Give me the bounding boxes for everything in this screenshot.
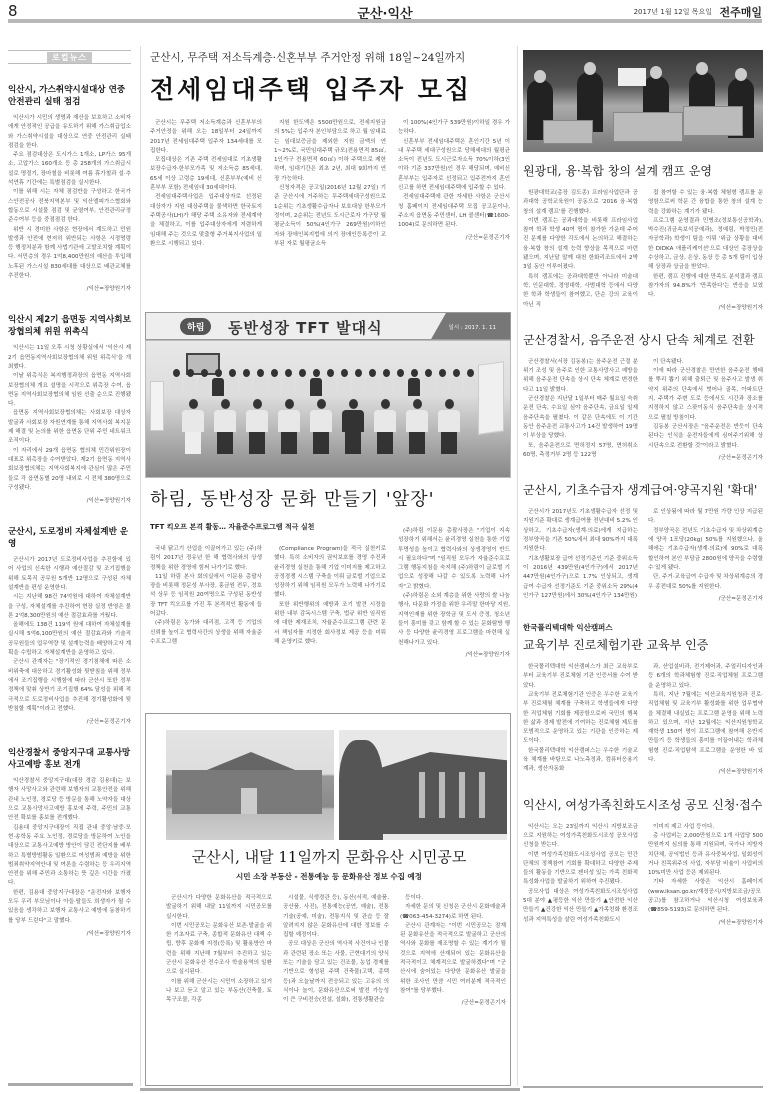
paragraph: 정부양곡은 전년도 기초수급자 및 차상위계층에 양곡 1포당(20kg) 50… xyxy=(648,527,763,573)
torso xyxy=(268,378,280,396)
article-body: 한국폴리텍대학 익산캠퍼스가 최근 교육부로부터 교육기부 진로체험 기관 인증… xyxy=(523,663,763,778)
byline: /익산=장양원기자 xyxy=(398,651,510,660)
person-figure xyxy=(324,369,336,396)
paragraph: 김용대 중앙지구대장이 직접 관내 중앙·남중·모현·송학동 주요 노인정, 경… xyxy=(8,824,131,889)
legs xyxy=(313,432,329,454)
wonkwang-camp-photo xyxy=(523,50,763,152)
head xyxy=(397,369,404,377)
byline: /익산=장양원기자 xyxy=(8,929,131,937)
lead-body: 군산시는 무주택 저소득계층과 신혼부부의 주거안정을 위해 오는 18일부터 … xyxy=(150,119,510,249)
torso xyxy=(254,378,266,396)
paragraph: 김동봉 군산서장은 "음주운전은 반듯이 단속된다는 인식을 운전자들에게 심어… xyxy=(648,423,763,451)
text-column: 시설물, 식생경관 등), 동산(서적, 예술품, 공산품, 사진), 전통예능… xyxy=(283,894,389,1009)
paragraph: 등이다. xyxy=(400,894,506,903)
byline: /익산=장양원기자 xyxy=(648,919,763,928)
issue-date: 2017년 1월 12일 목요일 xyxy=(634,7,712,17)
heritage-subhead: 시민 소장 부동산 - 전통예능 등 문화유산 정보 수집 예정 xyxy=(146,871,512,882)
paragraph: 이 100%(4인가구 539만원)이하일 경우 가능하다. xyxy=(398,119,510,138)
byline: /익산=장양원기자 xyxy=(648,304,763,313)
article-headline: 군산시, 기초수급자 생계급여·양곡지원 '확대' xyxy=(523,481,763,498)
column-divider xyxy=(517,46,518,1086)
right-article: 원광대, 융·복합 창의 설계 캠프 운영원광대학교(총장 김도종) 프라임사업… xyxy=(523,162,763,313)
paragraph: 기타 자세한 사항은 익산시 홈페이지(www.iksan.go.kr/재정공시… xyxy=(648,878,763,915)
byline: /군산=문정곤기자 xyxy=(8,717,131,725)
person-figure xyxy=(436,369,448,396)
paragraph: (주)하림 이문용 총괄사장은 "기업이 지속 성장하기 위해서는 윤리경영 실… xyxy=(398,527,510,592)
article-headline: 원광대, 융·복합 창의 설계 캠프 운영 xyxy=(523,162,763,179)
paragraph: 총 사업비는 2,000만원으로 1개 사업당 500만원까지 심의를 통해 지… xyxy=(648,832,763,878)
paragraph: 기초생활보장 급여 선정기준인 기준 중위소득이 2016년 439만원(4인가… xyxy=(523,555,638,601)
head xyxy=(285,369,292,377)
paragraph: (주)하림은 소외 계층을 위한 사랑의 쌀 나눔 행사, 다문화 가정을 위한… xyxy=(398,592,510,648)
torso xyxy=(282,378,294,396)
head xyxy=(201,369,208,377)
paragraph: 이를 위해 시는 자체 점검반을 구성하고 한국가스안전공사 전북지역본부 및 … xyxy=(8,188,131,225)
article-headline: 익산경찰서 중앙지구대 교통사망사고예방 홍보 전개 xyxy=(8,747,131,771)
right-article: 군산경찰서, 음주운전 상시 단속 체계로 전환군산경찰서(서장 김동봉)는 음… xyxy=(523,331,763,463)
heritage-article-box: 군산시, 내달 11일까지 문화유산 시민공모 시민 소장 부동산 - 전통예능… xyxy=(145,713,511,1086)
seated-figure xyxy=(214,399,236,454)
column-divider xyxy=(140,46,141,1086)
seated-figure xyxy=(278,399,300,454)
person-figure xyxy=(338,369,350,396)
paragraph: 공모 대상은 군산의 역사적 사건이나 인물과 관련된 장소 또는 사물, 근현… xyxy=(283,940,389,1005)
person-figure xyxy=(184,369,196,396)
torso xyxy=(246,410,268,432)
torso xyxy=(278,410,300,432)
harim-flag xyxy=(478,361,504,435)
center-bottom-rule xyxy=(140,1088,520,1091)
torso xyxy=(450,378,462,396)
article-headline: 교육기부 진로체험기관 교육부 인증 xyxy=(523,636,763,653)
harim-logo: 하림 xyxy=(180,318,211,335)
seated-figure xyxy=(406,399,428,454)
seated-figure xyxy=(310,399,332,454)
text-column: 접 참여할 수 있는 융·복합 체험형 캠프를 운영함으로써 학문 간 융합을 … xyxy=(648,189,763,313)
newspaper-logo: 전주매일 xyxy=(719,4,762,20)
torso xyxy=(464,378,476,396)
paragraph: 군산시는 무주택 저소득계층과 신혼부부의 주거안정을 위해 오는 18일부터 … xyxy=(150,119,262,156)
paragraph: 지원 한도액은 5500만원으로, 전세지원금의 5%는 입주자 본인부담으로 … xyxy=(274,119,386,184)
left-article: 익산시, 가스취약시설대상 연중 안전관리 실태 점검익산시가 시민의 생명과 … xyxy=(8,84,131,292)
paragraph: 군산시가 2017년도 기초생활수급자 선정 및 지원기준 확대로 생계급여를 … xyxy=(523,508,638,554)
head xyxy=(383,369,390,377)
paragraph: 주요 점검대상은 도시가스 1개소, LP가스 95개소, 고압가스 160개소… xyxy=(8,151,131,188)
person-figure xyxy=(380,369,392,396)
article-body: 익산시는 오는 23일까지 익산시 지방보조금으로 지원하는 여성가족친화도시조… xyxy=(523,823,763,928)
head xyxy=(349,399,358,409)
byline: /익산=장양원기자 xyxy=(8,284,131,292)
paragraph: (주)하림은 농가와 대리점, 고객 등 기업의 신뢰를 높이고 협력사간의 상… xyxy=(150,619,262,647)
legs xyxy=(281,432,297,454)
article-body: 익산시가 시민의 생명과 재산을 보호하고 소비자에게 안정적인 공급을 유도하… xyxy=(8,114,131,281)
seated-figure xyxy=(342,399,364,454)
paragraph: 이번 시민공모는 문화유산 보존·발굴을 위한 기초자료 구축, 종합적 문화유… xyxy=(166,922,272,978)
head xyxy=(445,399,454,409)
head xyxy=(221,399,230,409)
paragraph: 군산경찰서(서장 김동봉)는 음주운전 근절 분위기 조성 및 음주로 인한 교… xyxy=(523,358,638,395)
paragraph: 한국폴리텍대학 익산캠퍼스가 최근 교육부로부터 교육기부 진로체험 기관 인증… xyxy=(523,663,638,691)
paragraph: 읍면동 지역사회보장협의체는 사회보장 대상자 발굴과 사회보장 자원연계를 통… xyxy=(8,409,131,446)
paragraph: 특히 캠프에는 공과대학뿐만 아니라 미술대학, 인문대학, 경영대학, 사범대… xyxy=(523,273,638,310)
legs xyxy=(441,432,457,454)
torso xyxy=(310,378,322,396)
person-figure xyxy=(394,369,406,396)
legs xyxy=(377,432,393,454)
torso xyxy=(170,378,182,396)
byline: /군산=문정곤기자 xyxy=(648,595,763,604)
paragraph: 신청자격은 공고일(2016년 12월 27일) 기준 군산시에 거주하는 무주… xyxy=(274,184,386,249)
torso xyxy=(182,410,204,432)
text-column: 국내 닭고기 산업을 이끌어가고 있는 (주)하림이 2017년 정유년 한 해… xyxy=(150,527,262,660)
paragraph: 과, 산업설비과, 전기제어과, 주얼리디자인과 등 6개의 학과체험형 진로·… xyxy=(648,663,763,691)
head xyxy=(467,369,474,377)
torso xyxy=(214,410,236,432)
byline: /군산=문정곤기자 xyxy=(398,234,510,243)
torso xyxy=(436,378,448,396)
text-column: 한국폴리텍대학 익산캠퍼스가 최근 교육부로부터 교육기부 진로체험 기관 인증… xyxy=(523,663,638,778)
legs xyxy=(249,432,265,454)
paragraph: 전세임대주택에 관한 자세한 사항은 군산시청 홈페이지 전세임대주택 모집 공… xyxy=(398,193,510,230)
paragraph: 한편, 캠프 진행에 대한 만족도 분석결과 캠프 참가자의 94.8%가 '만… xyxy=(648,273,763,301)
text-column: 이 단속됐다.이에 따라 군산경찰은 만연한 음주운전 행태를 뿌리 뽑기 위해… xyxy=(648,358,763,463)
legs xyxy=(185,432,201,454)
person-figure xyxy=(282,369,294,396)
torso xyxy=(380,378,392,396)
text-column: 원광대학교(총장 김도종) 프라임사업단과 공과대학 공학교육원이 공동으로 '… xyxy=(523,189,638,313)
masthead-rule xyxy=(8,19,762,23)
paragraph: 익산시는 오는 23일까지 익산시 지방보조금으로 지원하는 여성가족친화도시조… xyxy=(523,823,638,851)
torso xyxy=(422,378,434,396)
legs xyxy=(345,432,361,454)
lead-kicker: 군산시, 무주택 저소득계층·신혼부부 주거안정 위해 18일~24일까지 xyxy=(150,50,510,65)
paragraph: 프로그램 운영결과 민병조(정보통신공학과), 박수진(귀금속보석공예과), 정… xyxy=(648,217,763,273)
harim-body: 국내 닭고기 산업을 이끌어가고 있는 (주)하림이 2017년 정유년 한 해… xyxy=(150,527,510,660)
paragraph: 올해에도 138건 119억 원에 대하여 자체설계를 실시해 5억6,100만… xyxy=(8,621,131,658)
person-figure xyxy=(212,369,224,396)
paragraph: (Compliance Program)을 적극 실천키로 했다. 특히 소비자… xyxy=(274,545,386,601)
lead-article: 군산시, 무주택 저소득계층·신혼부부 주거안정 위해 18일~24일까지 전세… xyxy=(150,50,510,249)
paragraph: 또한 위반행위의 예방과 조기 발견 시정을 위한 내부 감독시스템 구축, 법… xyxy=(274,601,386,647)
torso xyxy=(296,378,308,396)
article-headline: 익산시, 가스취약시설대상 연중 안전관리 실태 점검 xyxy=(8,84,131,108)
person-figure xyxy=(464,369,476,396)
person-figure xyxy=(310,369,322,396)
paragraph: 군산시 관계자는 "이번 시민공모는 잠재된 문화유산을 적극적으로 발굴하고 … xyxy=(400,922,506,996)
right-bottom-rule xyxy=(523,1086,763,1088)
person-figure xyxy=(240,369,252,396)
text-column: 이 100%(4인가구 539만원)이하일 경우 가능하다.신혼부부 전세임대주… xyxy=(398,119,510,249)
head xyxy=(229,369,236,377)
article-body: 익산경찰서 중앙지구대(대장 경감 김용대)는 보행자 사망사고와 관련해 보행… xyxy=(8,777,131,926)
head xyxy=(187,369,194,377)
torso xyxy=(338,378,350,396)
head xyxy=(189,399,198,409)
left-bottom-rule xyxy=(8,1083,133,1086)
torso xyxy=(408,378,420,396)
harim-banner: 하림 동반성장 TFT 발대식 일시 : 2017. 1. 11 xyxy=(145,312,511,340)
person-figure xyxy=(422,369,434,396)
torso xyxy=(438,410,460,432)
text-column: (Compliance Program)을 적극 실천키로 했다. 특히 소비자… xyxy=(274,527,386,660)
right-article: 한국폴리텍대학 익산캠퍼스교육기부 진로체험기관 교육부 인증한국폴리텍대학 익… xyxy=(523,622,763,778)
person-figure xyxy=(268,369,280,396)
head xyxy=(271,369,278,377)
paragraph: 이 자리에서 29개 읍면동 협의체 민간위원장이 대표로 위촉장을 수여받았다… xyxy=(8,447,131,493)
byline: /군산=문정곤기자 xyxy=(648,454,763,463)
head xyxy=(257,369,264,377)
byline: /군산=문정곤기자 xyxy=(400,999,506,1008)
torso xyxy=(342,410,364,432)
text-column: 군산시가 다양한 문화유산을 적극적으로 발굴하기 위해 내달 11일까지 시민… xyxy=(166,894,272,1009)
head xyxy=(369,369,376,377)
paragraph: 군산시가 다양한 문화유산을 적극적으로 발굴하기 위해 내달 11일까지 시민… xyxy=(166,894,272,922)
seated-figure xyxy=(438,399,460,454)
article-headline: 익산시 제2기 읍면동 지역사회보장협의체 위원 위촉식 xyxy=(8,314,131,338)
text-column: 등이다.자세한 문의 및 신청은 군산시 문화예술과(☎063-454-3274… xyxy=(400,894,506,1009)
head xyxy=(285,399,294,409)
paragraph: 또, 음주운전으로 면허정지 57명, 면허취소 60명, 측정거부 2명 등 … xyxy=(523,442,638,461)
paragraph: 특히, 지난 7월에는 익산교육지원청과 진로·직업체험 및 교육기부 활성화를… xyxy=(648,691,763,765)
paragraph: 이미지 제고 사업 등이다. xyxy=(648,823,763,832)
text-column: 로 인상됨에 따라 월 7만원 가량 인상 지급된다.정부양곡은 전년도 기초수… xyxy=(648,508,763,604)
paragraph: 시설물, 식생경관 등), 동산(서적, 예술품, 공산품, 사진), 전통예능… xyxy=(283,894,389,940)
article-body: 군산경찰서(서장 김동봉)는 음주운전 근절 분위기 조성 및 음주로 인한 교… xyxy=(523,358,763,463)
torso xyxy=(406,410,428,432)
head xyxy=(327,369,334,377)
torso xyxy=(324,378,336,396)
local-news-badge-bar: 로컬뉴스 xyxy=(8,50,131,64)
head xyxy=(299,369,306,377)
left-article: 익산경찰서 중앙지구대 교통사망사고예방 홍보 전개익산경찰서 중앙지구대(대장… xyxy=(8,747,131,937)
paragraph: 국내 닭고기 산업을 이끌어가고 있는 (주)하림이 2017년 정유년 한 해… xyxy=(150,545,262,573)
left-article: 군산시, 도로정비 자체설계반 운영군산시가 2017년 도로정비사업을 추진함… xyxy=(8,526,131,725)
head xyxy=(215,369,222,377)
head xyxy=(313,369,320,377)
person-figure xyxy=(226,369,238,396)
paragraph: 군산시가 2017년 도로정비사업을 추진함에 있어 사업의 신속한 시행과 예… xyxy=(8,556,131,593)
seated-figure xyxy=(246,399,268,454)
paragraph: 한국폴리텍대학 익산캠퍼스는 우수한 기술교육 체계를 바탕으로 나노측정과, … xyxy=(523,747,638,775)
harim-headline: 하림, 동반성장 문화 만들기 '앞장' xyxy=(150,485,435,511)
paragraph: 공모사업 대상은 여성가족친화도시조성사업 5대 분야 ▲평등한 익산 만들기 … xyxy=(523,888,638,925)
paragraph: 교육기부 진로체험기관 인증은 우수한 교육기부 진로체험 체계를 구축하고 학… xyxy=(523,691,638,747)
paragraph: 위반 시 경미한 사항은 현장에서 계도하고 민원발생과 안전에 현저히 위반되… xyxy=(8,226,131,282)
legs xyxy=(217,432,233,454)
text-column: 과, 산업설비과, 전기제어과, 주얼리디자인과 등 6개의 학과체험형 진로·… xyxy=(648,663,763,778)
head xyxy=(411,369,418,377)
text-column: 군산경찰서(서장 김동봉)는 음주운전 근절 분위기 조성 및 음주로 인한 교… xyxy=(523,358,638,463)
article-headline: 군산시, 도로정비 자체설계반 운영 xyxy=(8,526,131,550)
head xyxy=(355,369,362,377)
paragraph: 원광대학교(총장 김도종) 프라임사업단과 공과대학 공학교육원이 공동으로 '… xyxy=(523,189,638,217)
text-column: 익산시는 오는 23일까지 익산시 지방보조금으로 지원하는 여성가족친화도시조… xyxy=(523,823,638,928)
text-column: (주)하림 이문용 총괄사장은 "기업이 지속 성장하기 위해서는 윤리경영 실… xyxy=(398,527,510,660)
article-body: 익산시는 11일 오후 시청 상황실에서 '익산시 제2기 읍면동지역사회보장협… xyxy=(8,344,131,493)
person-figure xyxy=(408,369,420,396)
person-figure xyxy=(352,369,364,396)
seated-figure xyxy=(374,399,396,454)
paragraph: 단, 주거·교육급여 수급자 및 차상위계층의 경우 종전대로 50%를 지원한… xyxy=(648,573,763,592)
legs xyxy=(409,432,425,454)
torso xyxy=(310,410,332,432)
article-body: 군산시가 2017년 도로정비사업을 추진함에 있어 사업의 신속한 시행과 예… xyxy=(8,556,131,714)
text-column: 군산시가 2017년도 기초생활수급자 선정 및 지원기준 확대로 생계급여를 … xyxy=(523,508,638,604)
torso xyxy=(374,410,396,432)
paragraph: 익산시가 시민의 생명과 재산을 보호하고 소비자에게 안정적인 공급을 유도하… xyxy=(8,114,131,151)
person-figure xyxy=(170,369,182,396)
paragraph: 군산시 관계자는 "장기적인 경기침체에 따른 소비위축에 대응하고 경기활성화… xyxy=(8,658,131,714)
heritage-photo-building-1 xyxy=(166,730,334,840)
paragraph: 전세임대주택사업은 입주대상자로 선정된 대상자가 지원 대상주택을 물색하면 … xyxy=(150,193,262,249)
paragraph: 이번 캠프는 공과대학을 비롯해 프라임사업 참여 학과 학생 40여 명이 참… xyxy=(523,217,638,273)
article-body: 원광대학교(총장 김도종) 프라임사업단과 공과대학 공학교육원이 공동으로 '… xyxy=(523,189,763,313)
torso xyxy=(394,378,406,396)
head xyxy=(243,369,250,377)
person-figure xyxy=(366,369,378,396)
masthead: 8 군산·익산 2017년 1월 12일 목요일 전주매일 xyxy=(0,0,770,28)
torso xyxy=(212,378,224,396)
paragraph: 이 단속됐다. xyxy=(648,358,763,367)
right-article: 군산시, 기초수급자 생계급여·양곡지원 '확대'군산시가 2017년도 기초생… xyxy=(523,481,763,604)
paragraph: 접 참여할 수 있는 융·복합 체험형 캠프를 운영함으로써 학문 간 융합을 … xyxy=(648,189,763,217)
torso xyxy=(198,378,210,396)
paragraph: 익산경찰서 중앙지구대(대장 경감 김용대)는 보행자 사망사고와 관련해 보행… xyxy=(8,777,131,823)
head xyxy=(253,399,262,409)
byline: /익산=장양원기자 xyxy=(648,768,763,777)
right-column: 원광대, 융·복합 창의 설계 캠프 운영원광대학교(총장 김도종) 프라임사업… xyxy=(523,50,763,946)
paragraph: 11일 하림 본사 회의실에서 이문용 총괄사장을 비롯해 정문성 부사장, 홍… xyxy=(150,573,262,619)
paragraph: 신혼부부 전세임대주택은 혼인기간 5년 이내 무주택 세대구성원으로 당해세대… xyxy=(398,138,510,194)
harim-group-photo xyxy=(145,340,511,478)
korean-flag xyxy=(150,381,164,431)
paragraph: 자세한 문의 및 신청은 군산시 문화예술과(☎063-454-3274)로 하… xyxy=(400,903,506,922)
article-body: 군산시가 2017년도 기초생활수급자 선정 및 지원기준 확대로 생계급여를 … xyxy=(523,508,763,604)
head xyxy=(341,369,348,377)
article-headline: 익산시, 여성가족친화도시조성 공모 신청·접수 xyxy=(523,796,763,813)
torso xyxy=(240,378,252,396)
article-kicker: 한국폴리텍대학 익산캠퍼스 xyxy=(523,622,763,633)
paragraph: 익산시는 11일 오후 시청 상황실에서 '익산시 제2기 읍면동지역사회보장협… xyxy=(8,344,131,372)
paragraph: 이번 여성가족친화도시조성사업 공모는 민간단체의 정책참여 기회를 확대하고 … xyxy=(523,851,638,888)
local-news-badge: 로컬뉴스 xyxy=(47,52,92,63)
person-figure xyxy=(198,369,210,396)
left-column: 로컬뉴스 익산시, 가스취약시설대상 연중 안전관리 실태 점검익산시가 시민의… xyxy=(8,50,131,959)
head xyxy=(425,369,432,377)
text-column: 지원 한도액은 5500만원으로, 전세지원금의 5%는 입주자 본인부담으로 … xyxy=(274,119,386,249)
person-figure xyxy=(450,369,462,396)
head xyxy=(173,369,180,377)
article-headline: 군산경찰서, 음주운전 상시 단속 체계로 전환 xyxy=(523,331,763,348)
heritage-body: 군산시가 다양한 문화유산을 적극적으로 발굴하기 위해 내달 11일까지 시민… xyxy=(166,894,506,1009)
paragraph: 이날 위촉식은 복지행정과장의 읍면동 지역사회보장협의체 개요 설명을 시작으… xyxy=(8,372,131,409)
paragraph: 한편, 김용대 중앙지구대장은 "운전자와 보행자 모두 우리 부모님이나 아들… xyxy=(8,889,131,926)
left-article: 익산시 제2기 읍면동 지역사회보장협의체 위원 위촉식익산시는 11일 오후 … xyxy=(8,314,131,504)
text-column: 군산시는 무주택 저소득계층과 신혼부부의 주거안정을 위해 오는 18일부터 … xyxy=(150,119,262,249)
person-figure xyxy=(254,369,266,396)
harim-banner-title: 동반성장 TFT 발대식 xyxy=(228,317,383,338)
paragraph: 군산경찰은 지난달 1일부터 매주 월요일 숙취운전 단속, 수요일 심야 음주… xyxy=(523,395,638,441)
byline: /익산=장양원기자 xyxy=(8,496,131,504)
person-figure xyxy=(296,369,308,396)
head xyxy=(413,399,422,409)
paragraph: 로 인상됨에 따라 월 7만원 가량 인상 지급된다. xyxy=(648,508,763,527)
head xyxy=(381,399,390,409)
paragraph: 이에 따라 군산경찰은 만연한 음주운전 행태를 뿌리 뽑기 위해 출퇴근 및 … xyxy=(648,367,763,423)
torso xyxy=(352,378,364,396)
lead-headline: 전세임대주택 입주자 모집 xyxy=(150,75,510,105)
paragraph: 모집대상은 기존 주택 전세임대로 기초생활보장수급자·한부모가족 및 저소득층… xyxy=(150,156,262,193)
torso xyxy=(226,378,238,396)
paragraph: 시는 지난해 98건 74억원에 대하여 자체설계반을 구성, 자체설계를 추진… xyxy=(8,593,131,621)
torso xyxy=(184,378,196,396)
seated-figure xyxy=(182,399,204,454)
banner-date: 일시 : 2017. 1. 11 xyxy=(449,323,496,331)
head xyxy=(453,369,460,377)
head xyxy=(317,399,326,409)
text-column: 이미지 제고 사업 등이다.총 사업비는 2,000만원으로 1개 사업당 50… xyxy=(648,823,763,928)
torso xyxy=(366,378,378,396)
paragraph: 이를 위해 군산시는 시민이 소장하고 있거나 보고 듣고 알고 있는 부동산(… xyxy=(166,978,272,1006)
right-article: 익산시, 여성가족친화도시조성 공모 신청·접수익산시는 오는 23일까지 익산… xyxy=(523,796,763,928)
head xyxy=(439,369,446,377)
heritage-headline: 군산시, 내달 11일까지 문화유산 시민공모 xyxy=(146,846,512,867)
heritage-photo-building-2 xyxy=(339,730,507,840)
